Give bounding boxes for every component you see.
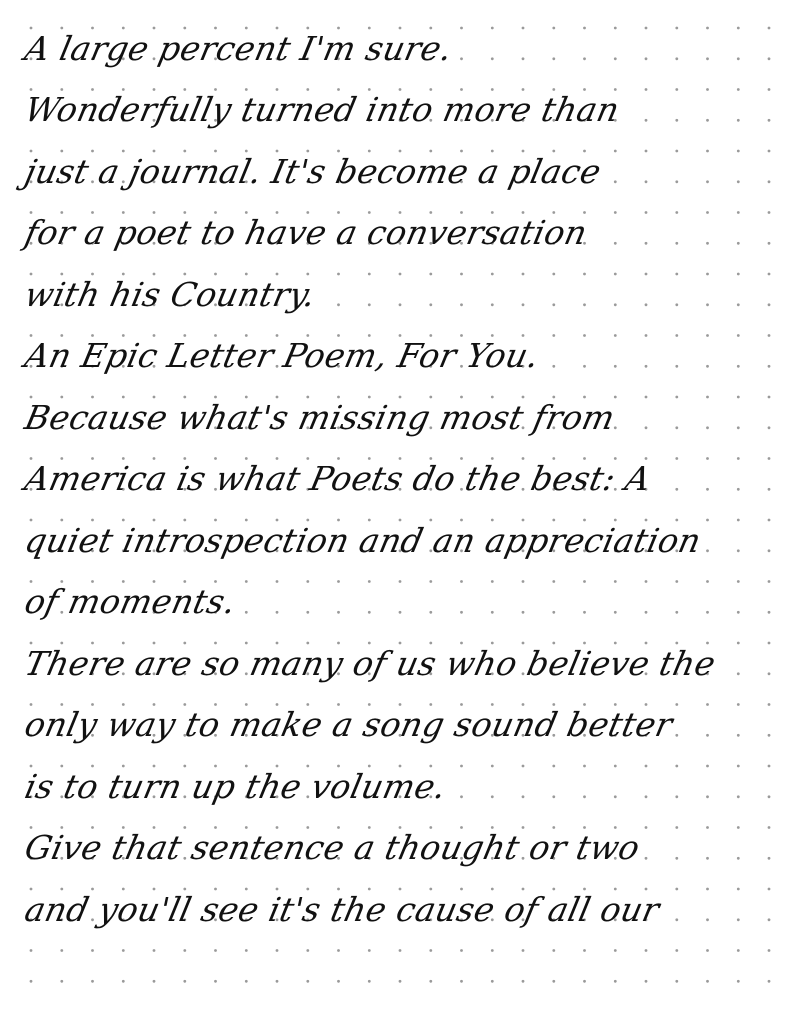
text-line: America is what Poets do the best: A	[22, 462, 654, 495]
text-line: There are so many of us who believe the	[22, 647, 719, 680]
text-line: just a journal. It's become a place	[22, 155, 604, 188]
text-line: Give that sentence a thought or two	[22, 831, 643, 864]
text-line: quiet introspection and an appreciation	[22, 524, 704, 557]
text-line: Wonderfully turned into more than	[22, 93, 622, 126]
text-line: for a poet to have a conversation	[22, 216, 590, 249]
text-line: with his Country.	[22, 278, 319, 311]
text-line: only way to make a song sound better	[22, 708, 676, 741]
text-line: is to turn up the volume.	[22, 770, 449, 803]
text-line: and you'll see it's the cause of all our	[22, 893, 662, 926]
text-line: Because what's missing most from	[22, 401, 618, 434]
notebook-page: A large percent I'm sure. Wonderfully tu…	[0, 0, 799, 1015]
text-line: of moments.	[22, 585, 239, 618]
text-line: A large percent I'm sure.	[22, 32, 455, 65]
text-line: An Epic Letter Poem, For You.	[22, 339, 542, 372]
